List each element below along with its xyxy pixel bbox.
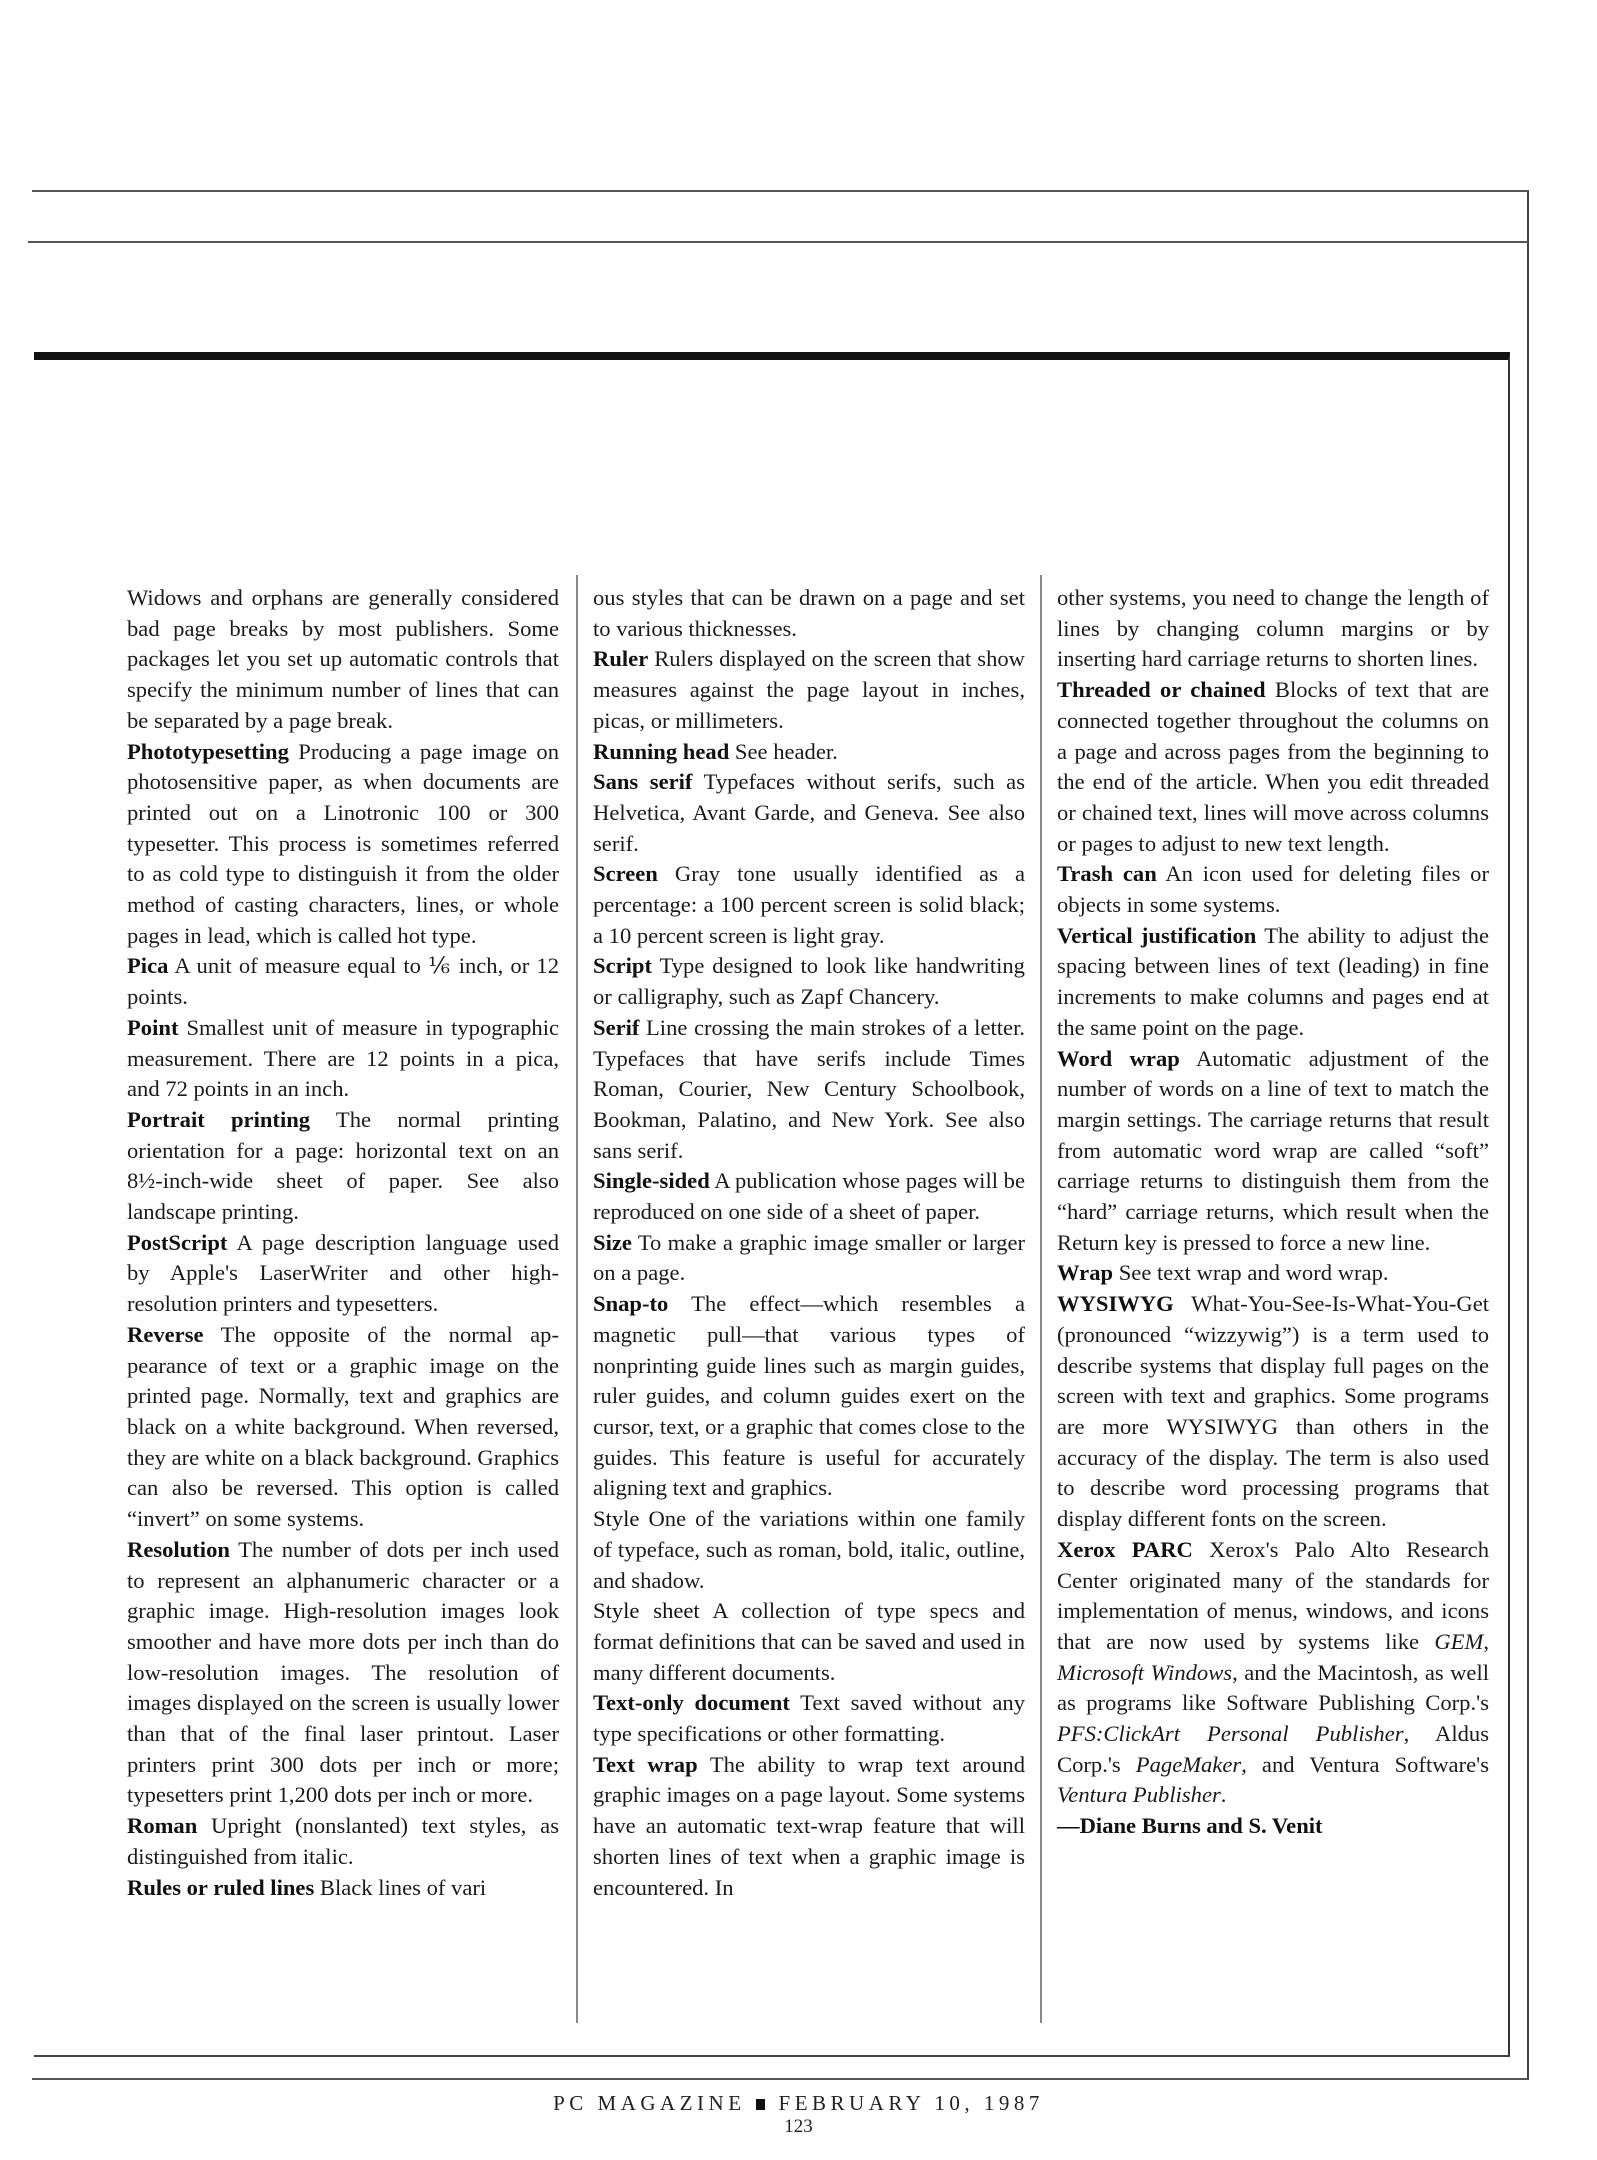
glossary-definition: Xerox's Palo Alto Re­search Center origi… [1057,1537,1489,1808]
glossary-entry-continuation: Widows and orphans are generally con­sid… [127,583,559,737]
glossary-definition: Gray tone usually identified as a percen… [593,861,1025,947]
glossary-entry: ScreenGray tone usually identified as a … [593,859,1025,951]
glossary-term: Ruler [593,646,648,671]
glossary-term: Word wrap [1057,1046,1180,1071]
glossary-entry: Trash canAn icon used for deleting files… [1057,859,1489,920]
header-rule [28,241,1528,243]
glossary-definition: Producing a page im­age on photosensitiv… [127,739,559,948]
glossary-term: Screen [593,861,658,886]
glossary-term: Phototypesetting [127,739,289,764]
glossary-entry: Snap-toThe effect—which resembles a magn… [593,1289,1025,1504]
glossary-term: Snap-to [593,1291,668,1316]
glossary-entry: Running headSee header. [593,737,1025,768]
glossary-entry-continuation: ous styles that can be drawn on a page a… [593,583,1025,644]
glossary-definition: One of the variations within one family … [593,1506,1025,1592]
page-number: 123 [0,2116,1597,2138]
glossary-entry: ResolutionThe number of dots per inch us… [127,1535,559,1811]
glossary-term: Reverse [127,1322,204,1347]
glossary-entry: StyleOne of the variations within one fa… [593,1504,1025,1596]
glossary-column-3: other systems, you need to change the le… [1057,583,1489,1842]
glossary-entry: Portrait printingThe normal printing ori… [127,1105,559,1228]
glossary-term: Xerox PARC [1057,1537,1193,1562]
glossary-definition: A unit of measure equal to ⅙ inch, or 12… [127,953,559,1009]
glossary-term: WYSIWYG [1057,1291,1174,1316]
publication-name: PC MAGAZINE [553,2091,745,2115]
glossary-entry: Rules or ruled linesBlack lines of vari­ [127,1873,559,1904]
column-divider [1040,575,1042,2023]
square-bullet-icon [756,2099,765,2110]
glossary-term: Sans serif [593,769,692,794]
glossary-entry: Text-only documentText saved with­out an… [593,1688,1025,1749]
glossary-entry: SerifLine crossing the main strokes of a… [593,1013,1025,1167]
column-divider [576,575,578,2023]
glossary-term: Point [127,1015,178,1040]
glossary-definition: See header. [729,739,838,764]
glossary-definition: To make a graphic image smaller or large… [593,1230,1025,1286]
glossary-entry: Word wrapAutomatic adjustment of the num… [1057,1044,1489,1259]
glossary-term: Style sheet [593,1598,700,1623]
glossary-term: Rules or ruled lines [127,1875,314,1900]
glossary-entry: PostScriptA page description language us… [127,1228,559,1320]
glossary-entry: WYSIWYGWhat-You-See-Is-What-You-Get (pro… [1057,1289,1489,1535]
glossary-columns: Widows and orphans are generally con­sid… [127,583,1500,2033]
glossary-entry: PhototypesettingProducing a page im­age … [127,737,559,952]
glossary-definition: The opposite of the normal ap­pearance o… [127,1322,559,1531]
glossary-term: Portrait printing [127,1107,310,1132]
glossary-term: Script [593,953,652,978]
glossary-definition: See text wrap and word wrap. [1113,1260,1388,1285]
glossary-entry: Text wrapThe ability to wrap text around… [593,1750,1025,1904]
glossary-entry: PicaA unit of measure equal to ⅙ inch, o… [127,951,559,1012]
glossary-term: Trash can [1057,861,1157,886]
glossary-definition: The effect—which resembles a magnetic pu… [593,1291,1025,1500]
glossary-entry: PointSmallest unit of measure in typogra… [127,1013,559,1105]
page-footer: PC MAGAZINEFEBRUARY 10, 1987 123 [0,2090,1597,2138]
glossary-entry: WrapSee text wrap and word wrap. [1057,1258,1489,1289]
glossary-entry-continuation: other systems, you need to change the le… [1057,583,1489,675]
glossary-term: Threaded or chained [1057,677,1266,702]
glossary-definition: Automatic adjustment of the number of wo… [1057,1046,1489,1255]
glossary-term: Resolution [127,1537,230,1562]
glossary-entry: Style sheetA collection of type specs an… [593,1596,1025,1688]
glossary-term: Roman [127,1813,197,1838]
glossary-entry: RulerRulers displayed on the screen that… [593,644,1025,736]
glossary-entry: RomanUpright (nonslanted) text styles, a… [127,1811,559,1872]
glossary-entry: ScriptType designed to look like hand­wr… [593,951,1025,1012]
footer-masthead: PC MAGAZINEFEBRUARY 10, 1987 [0,2090,1597,2116]
glossary-entry: Single-sidedA publication whose pages wi… [593,1166,1025,1227]
glossary-definition: Blocks of text that are connected togeth… [1057,677,1489,856]
glossary-term: Text-only document [593,1690,790,1715]
glossary-term: Size [593,1230,632,1255]
glossary-term: Wrap [1057,1260,1113,1285]
glossary-entry: Sans serifTypefaces without serifs, such… [593,767,1025,859]
glossary-term: Pica [127,953,168,978]
glossary-entry: ReverseThe opposite of the normal ap­pea… [127,1320,559,1535]
glossary-entry: Threaded or chainedBlocks of text that a… [1057,675,1489,859]
glossary-definition: Black lines of vari­ [314,1875,486,1900]
glossary-definition: The number of dots per inch used to repr… [127,1537,559,1808]
glossary-term: PostScript [127,1230,227,1255]
publication-date: FEBRUARY 10, 1987 [779,2091,1044,2115]
glossary-column-2: ous styles that can be drawn on a page a… [593,583,1025,1903]
glossary-term: Vertical justification [1057,923,1256,948]
glossary-definition: What-You-See-Is-What-You-Get (pronounced… [1057,1291,1489,1531]
glossary-term: Style [593,1506,639,1531]
glossary-entry: SizeTo make a graphic image smaller or l… [593,1228,1025,1289]
glossary-term: Running head [593,739,729,764]
glossary-entry: Vertical justificationThe ability to ad­… [1057,921,1489,1044]
glossary-column-1: Widows and orphans are generally con­sid… [127,583,559,1903]
glossary-definition: Smallest unit of measure in typographic … [127,1015,559,1101]
glossary-term: Serif [593,1015,639,1040]
glossary-term: Single-sided [593,1168,710,1193]
glossary-term: Text wrap [593,1752,698,1777]
glossary-definition: Rulers displayed on the screen that show… [593,646,1025,732]
author-byline: —Diane Burns and S. Venit [1057,1811,1489,1842]
glossary-definition: Type designed to look like hand­writing … [593,953,1025,1009]
glossary-entry: Xerox PARCXerox's Palo Alto Re­search Ce… [1057,1535,1489,1811]
glossary-definition: Line crossing the main strokes of a lett… [593,1015,1025,1163]
